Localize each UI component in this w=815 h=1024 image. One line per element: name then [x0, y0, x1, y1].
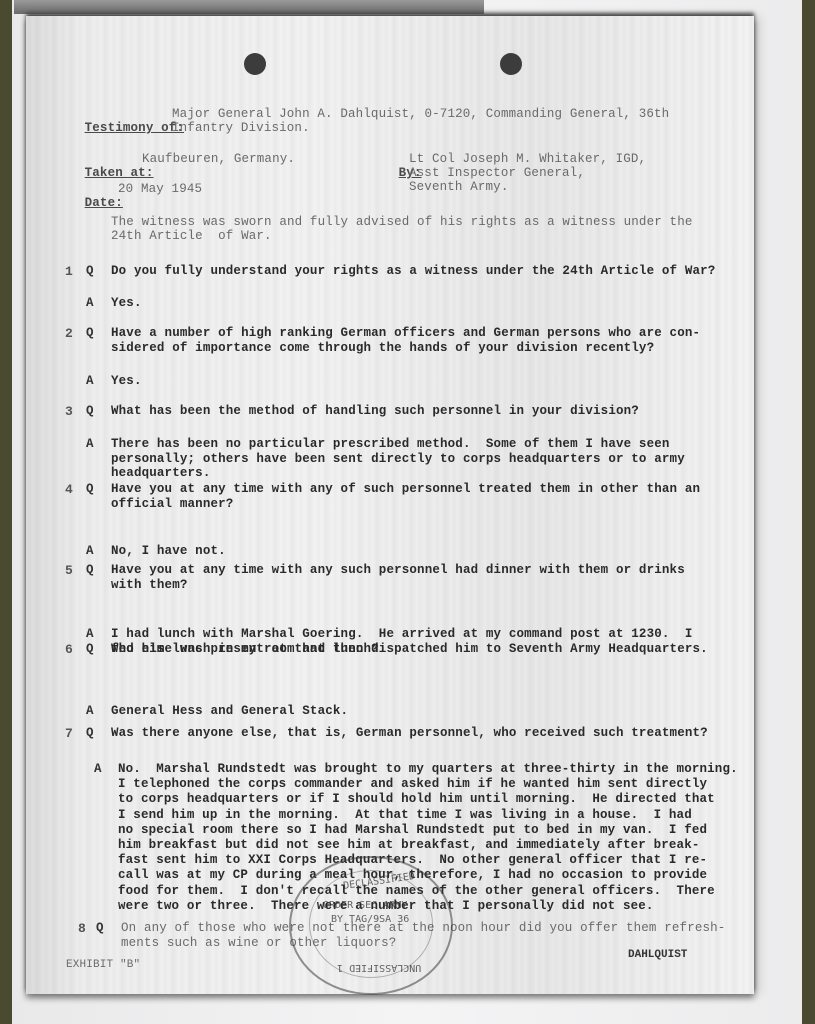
preamble-line: 24th Article of War. — [111, 229, 272, 243]
by-value-unit: Seventh Army. — [409, 180, 508, 194]
answer-text: headquarters. — [111, 466, 210, 480]
question-number: 1 — [65, 264, 73, 279]
answer-marker: A — [86, 704, 94, 718]
question-marker: Q — [86, 404, 94, 418]
question-marker: Q — [86, 726, 94, 740]
question-number: 5 — [65, 563, 73, 578]
testimony-value: Major General John A. Dahlquist, 0-7120,… — [172, 107, 669, 121]
date-label: Date: — [85, 196, 123, 210]
stamp-line: UNCLASSIFIED 1 — [337, 962, 421, 973]
answer-text: I send him up in the morning. At that ti… — [118, 808, 692, 822]
question-number: 8 — [78, 921, 86, 936]
taken-at-value: Kaufbeuren, Germany. — [142, 152, 295, 166]
document-page: Testimony of: Major General John A. Dahl… — [26, 16, 754, 994]
question-marker: Q — [86, 563, 94, 577]
question-text: official manner? — [111, 497, 233, 511]
punch-hole — [244, 53, 266, 75]
stamp-line: BY TAG/9SA 36 — [331, 914, 409, 925]
question-marker: Q — [96, 921, 104, 935]
by-value-title: Asst Inspector General, — [409, 166, 585, 180]
answer-marker: A — [86, 544, 94, 558]
testimony-label: Testimony of: — [85, 121, 184, 135]
answer-text: General Hess and General Stack. — [111, 704, 348, 718]
testimony-value-cont: Infantry Division. — [172, 121, 310, 135]
answer-text: personally; others have been sent direct… — [111, 452, 685, 466]
answer-text: Yes. — [111, 296, 142, 310]
question-text: Who else was present at that lunch? — [111, 642, 379, 656]
question-number: 3 — [65, 404, 73, 419]
declassification-stamp: DECLASSIFIED ORDER SEC ARMY BY TAG/9SA 3… — [289, 856, 453, 995]
signature-surname: DAHLQUIST — [628, 949, 687, 961]
question-text: with them? — [111, 578, 188, 592]
question-text: sidered of importance come through the h… — [111, 341, 654, 355]
answer-marker: A — [86, 374, 94, 388]
answer-text: him breakfast but did not see him at bre… — [118, 838, 700, 852]
question-marker: Q — [86, 264, 94, 278]
answer-marker: A — [86, 627, 94, 641]
answer-text: I telephoned the corps commander and ask… — [118, 777, 707, 791]
answer-marker: A — [86, 296, 94, 310]
question-number: 4 — [65, 482, 73, 497]
question-marker: Q — [86, 482, 94, 496]
answer-text: to corps headquarters or if I should hol… — [118, 792, 715, 806]
page-above-edge — [14, 0, 484, 14]
answer-text: I had lunch with Marshal Goering. He arr… — [111, 627, 693, 641]
punch-hole — [500, 53, 522, 75]
stamp-line: ORDER SEC ARMY — [323, 900, 407, 911]
by-value: Lt Col Joseph M. Whitaker, IGD, — [409, 152, 646, 166]
question-text: Have a number of high ranking German off… — [111, 326, 700, 340]
question-text: Have you at any time with any of such pe… — [111, 482, 700, 496]
answer-text: No, I have not. — [111, 544, 226, 558]
taken-at-label: Taken at: — [85, 166, 154, 180]
answer-text: No. Marshal Rundstedt was brought to my … — [118, 762, 738, 776]
question-text: What has been the method of handling suc… — [111, 404, 639, 418]
answer-text: There has been no particular prescribed … — [111, 437, 670, 451]
question-text: Have you at any time with any such perso… — [111, 563, 685, 577]
exhibit-label: EXHIBIT "B" — [66, 959, 140, 971]
question-number: 2 — [65, 326, 73, 341]
preamble-line: The witness was sworn and fully advised … — [111, 215, 693, 229]
answer-text: Yes. — [111, 374, 142, 388]
question-number: 6 — [65, 642, 73, 657]
date-value: 20 May 1945 — [118, 182, 202, 196]
question-text: Was there anyone else, that is, German p… — [111, 726, 708, 740]
answer-text: no special room there so I had Marshal R… — [118, 823, 707, 837]
question-marker: Q — [86, 326, 94, 340]
question-marker: Q — [86, 642, 94, 656]
question-text: Do you fully understand your rights as a… — [111, 264, 715, 278]
question-number: 7 — [65, 726, 73, 741]
answer-marker: A — [86, 437, 94, 451]
answer-marker: A — [94, 762, 102, 776]
